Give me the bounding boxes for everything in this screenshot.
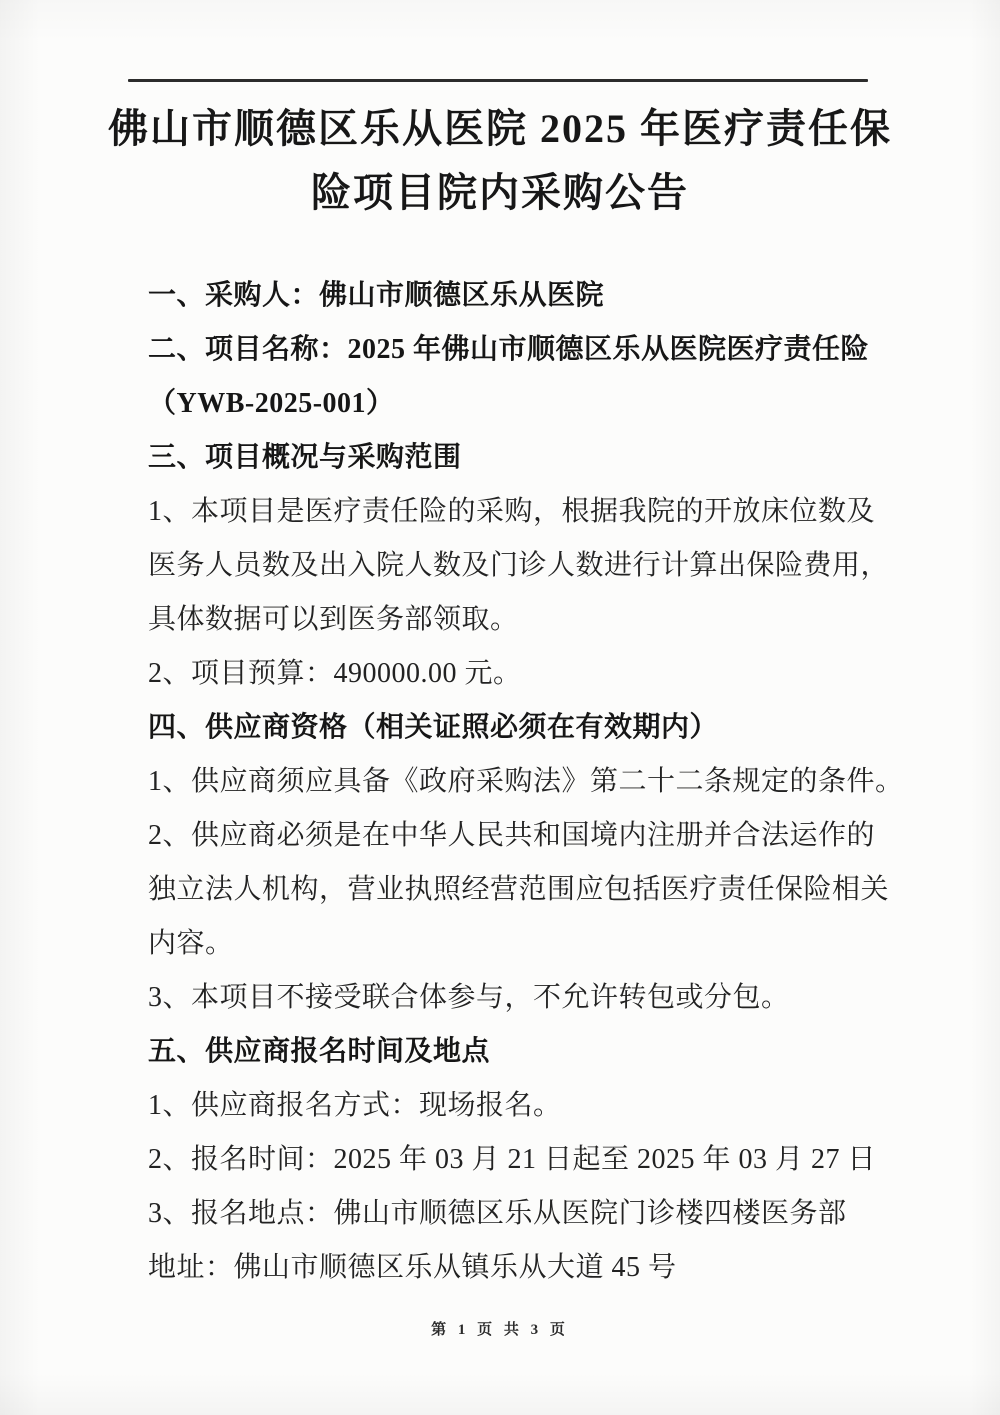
section-5-item-3: 3、报名地点：佛山市顺德区乐从医院门诊楼四楼医务部 (148, 1187, 880, 1241)
project-code-line: （YWB-2025-001） (148, 377, 880, 431)
section-3-item-2: 2、项目预算：490000.00 元。 (148, 647, 880, 701)
section-5-item-2: 2、报名时间：2025 年 03 月 21 日起至 2025 年 03 月 27… (148, 1133, 880, 1187)
section-4-item-2c: 内容。 (148, 917, 880, 971)
section-4-item-1: 1、供应商须应具备《政府采购法》第二十二条规定的条件。 (148, 755, 880, 809)
section-3-item-1a: 1、本项目是医疗责任险的采购，根据我院的开放床位数及 (148, 485, 880, 539)
project-name-line: 二、项目名称：2025 年佛山市顺德区乐从医院医疗责任险 (148, 323, 880, 377)
top-horizontal-rule (128, 79, 868, 82)
purchaser-line: 一、采购人：佛山市顺德区乐从医院 (148, 269, 880, 323)
section-5-heading: 五、供应商报名时间及地点 (148, 1025, 880, 1079)
document-body: 一、采购人：佛山市顺德区乐从医院二、项目名称：2025 年佛山市顺德区乐从医院医… (148, 269, 880, 1295)
document-title-line-2: 险项目院内采购公告 (90, 161, 910, 225)
section-4-item-2a: 2、供应商必须是在中华人民共和国境内注册并合法运作的 (148, 809, 880, 863)
section-5-item-1: 1、供应商报名方式：现场报名。 (148, 1079, 880, 1133)
section-3-heading: 三、项目概况与采购范围 (148, 431, 880, 485)
scanned-document-page: 佛山市顺德区乐从医院 2025 年医疗责任保 险项目院内采购公告 一、采购人：佛… (0, 0, 1000, 1415)
section-5-item-3-addr: 地址：佛山市顺德区乐从镇乐从大道 45 号 (148, 1241, 880, 1295)
section-3-item-1c: 具体数据可以到医务部领取。 (148, 593, 880, 647)
section-4-heading: 四、供应商资格（相关证照必须在有效期内） (148, 701, 880, 755)
section-4-item-2b: 独立法人机构，营业执照经营范围应包括医疗责任保险相关 (148, 863, 880, 917)
section-3-item-1b: 医务人员数及出入院人数及门诊人数进行计算出保险费用， (148, 539, 880, 593)
section-4-item-3: 3、本项目不接受联合体参与，不允许转包或分包。 (148, 971, 880, 1025)
document-title: 佛山市顺德区乐从医院 2025 年医疗责任保 险项目院内采购公告 (90, 97, 910, 225)
document-title-line-1: 佛山市顺德区乐从医院 2025 年医疗责任保 (90, 97, 910, 161)
page-number-footer: 第 1 页 共 3 页 (0, 1318, 1000, 1339)
